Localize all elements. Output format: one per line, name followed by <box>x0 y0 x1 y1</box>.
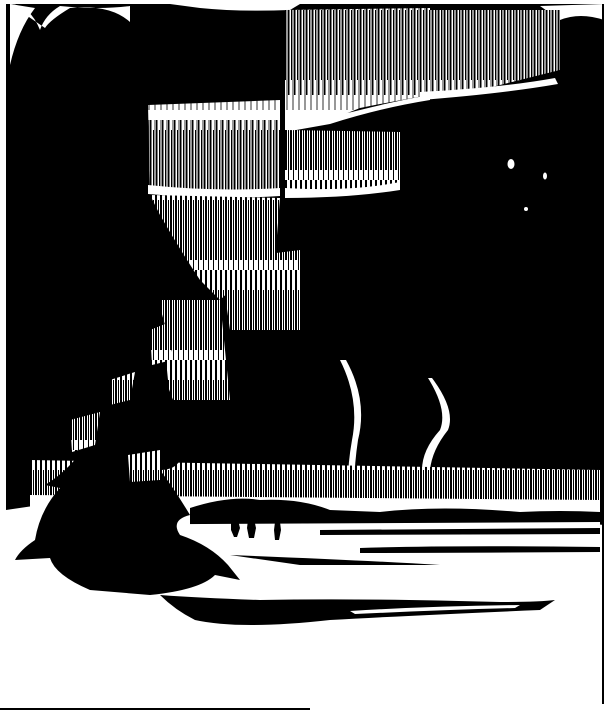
aurora-curtain-right <box>420 10 560 100</box>
star <box>543 173 547 180</box>
frame-bottom <box>0 708 310 710</box>
frame-right <box>602 4 604 704</box>
aurora-illustration <box>0 0 608 711</box>
aurora-curtain-middle <box>285 130 400 198</box>
star <box>524 207 528 211</box>
star <box>508 159 515 169</box>
